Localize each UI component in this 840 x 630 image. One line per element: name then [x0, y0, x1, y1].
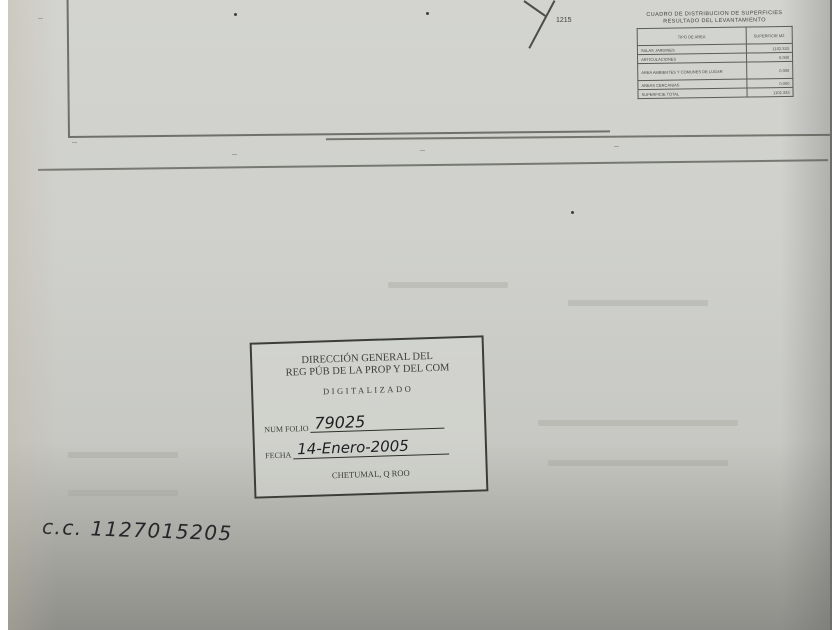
table-header: SUPERFICIE M2	[746, 26, 793, 44]
table-row: SUPERFICIE TOTAL 1102.333	[638, 87, 793, 98]
area-distribution-table: CUADRO DE DISTRIBUCION DE SUPERFICIES RE…	[630, 10, 799, 99]
bleed-through-text	[68, 452, 178, 458]
area-label: SUPERFICIE TOTAL	[638, 88, 747, 99]
plan-point	[234, 13, 237, 16]
vertex-label: 1215	[556, 17, 572, 24]
folio-value: 79025	[310, 411, 444, 433]
area-value: 1102.333	[747, 87, 793, 97]
date-value: 14-Enero-2005	[293, 437, 449, 460]
area-label: AREA AMBIENTES Y COMUNES DE LUGAR	[638, 62, 747, 81]
scan-border	[830, 0, 840, 630]
bleed-through-text	[538, 420, 738, 426]
plan-boundary-line	[38, 159, 828, 171]
plan-tick-label: ―	[614, 144, 619, 150]
bleed-through-text	[548, 460, 728, 466]
plan-point	[571, 211, 574, 214]
stamp-status: DIGITALIZADO	[253, 381, 483, 398]
stamp-organization: DIRECCIÓN GENERAL DEL REG PÚB DE LA PROP…	[252, 349, 483, 380]
table-header: TIPO DE AREA	[637, 27, 746, 46]
table-row: AREA AMBIENTES Y COMUNES DE LUGAR 0.000	[638, 61, 793, 80]
folio-label: NUM FOLIO	[264, 424, 308, 434]
date-label: FECHA	[265, 450, 292, 460]
plan-tick-label: ―	[38, 16, 43, 22]
area-table: TIPO DE AREA SUPERFICIE M2 SALAS JARDINE…	[637, 26, 794, 99]
bleed-through-text	[388, 282, 508, 288]
bleed-through-text	[68, 490, 178, 496]
plan-tick-label: ―	[72, 140, 77, 146]
plan-tick-label: ―	[420, 148, 425, 154]
folio-field: NUM FOLIO 79025	[264, 411, 445, 435]
stamp-city: CHETUMAL, Q ROO	[256, 465, 486, 482]
survey-plan-frame	[66, 0, 610, 138]
handwritten-reference: c.c. 1127015205	[42, 515, 234, 546]
plan-tick-label: ―	[232, 152, 237, 158]
plan-point	[426, 12, 429, 15]
registry-stamp: DIRECCIÓN GENERAL DEL REG PÚB DE LA PROP…	[250, 335, 489, 498]
plan-boundary-line	[326, 134, 830, 140]
area-value: 0.000	[746, 61, 793, 79]
date-field: FECHA 14-Enero-2005	[265, 437, 450, 461]
document-page: ― ― ― ― ― 1215 CUADRO DE DISTRIBUCION DE…	[8, 0, 830, 630]
bleed-through-text	[568, 300, 708, 306]
table-header-row: TIPO DE AREA SUPERFICIE M2	[637, 26, 792, 45]
